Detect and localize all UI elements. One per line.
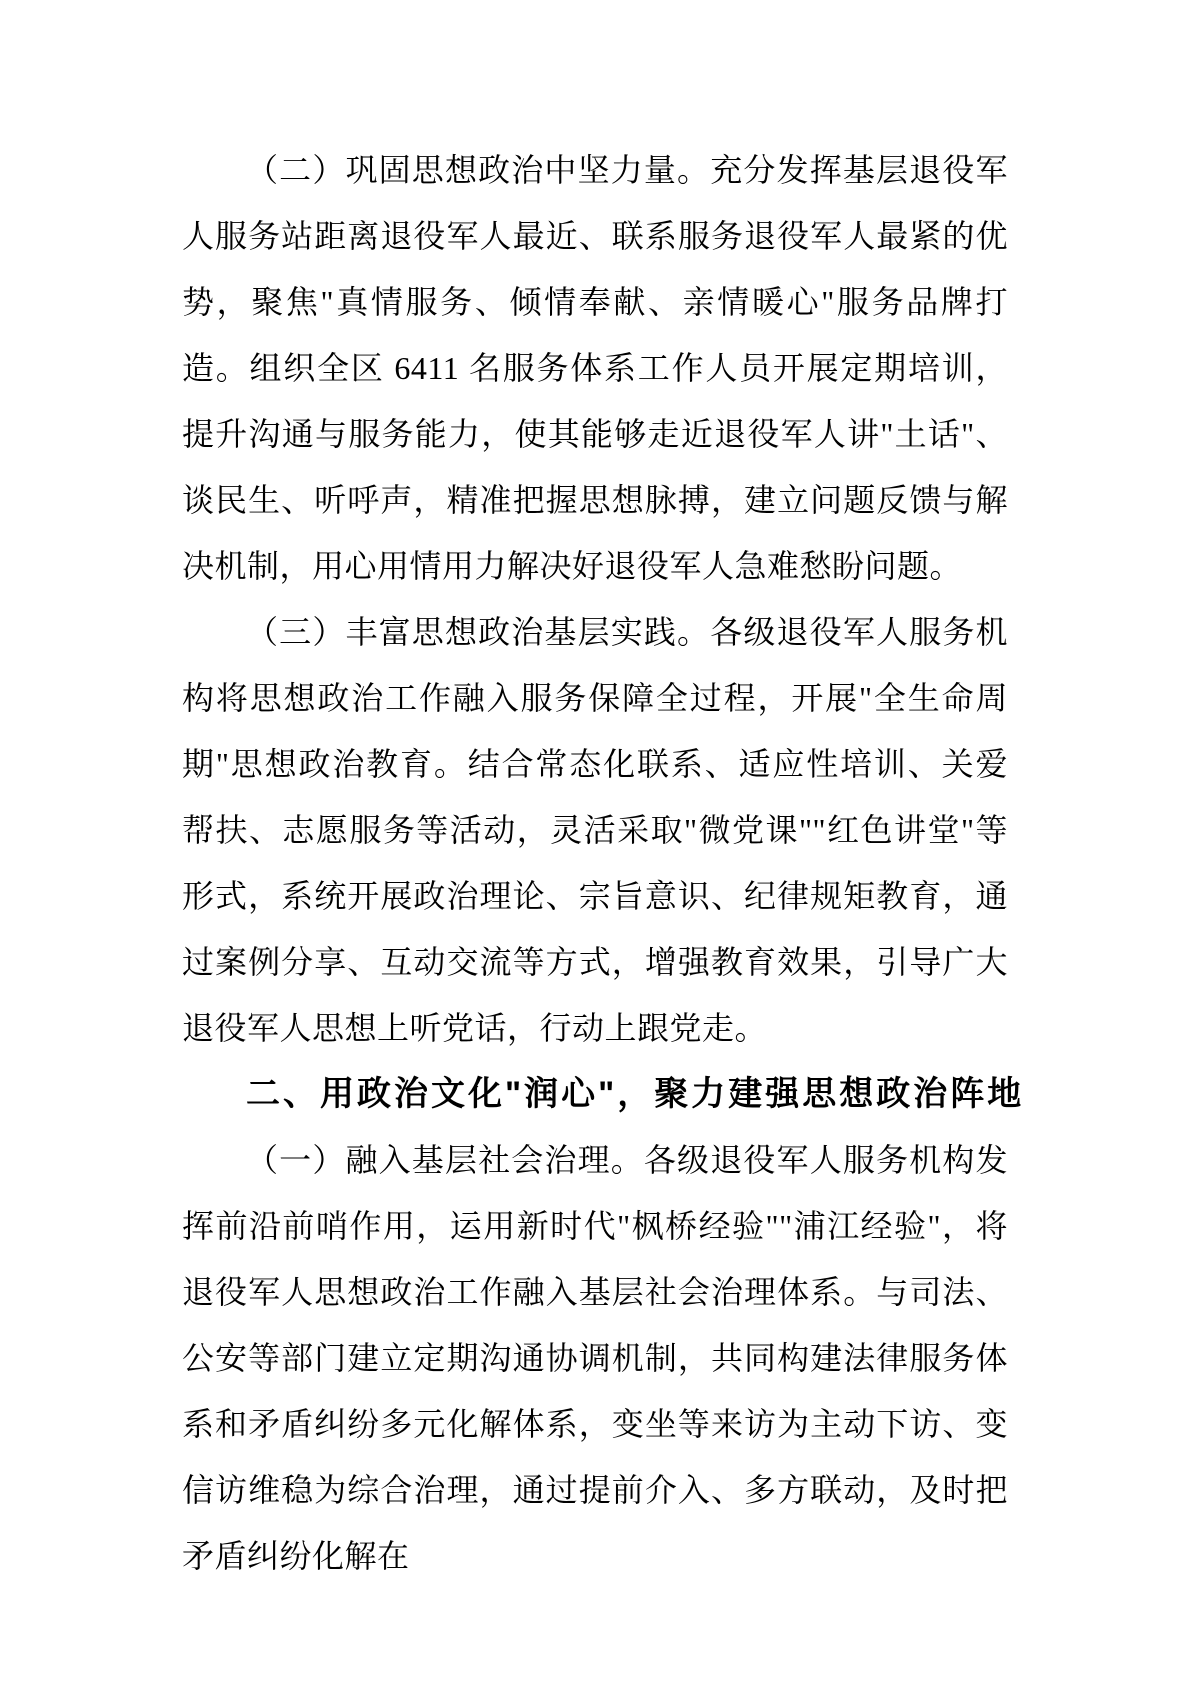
paragraph-section2-item1: （一）融入基层社会治理。各级退役军人服务机构发挥前沿前哨作用，运用新时代"枫桥经… xyxy=(182,1127,1008,1589)
paragraph-section1-item3: （三）丰富思想政治基层实践。各级退役军人服务机构将思想政治工作融入服务保障全过程… xyxy=(182,599,1008,1061)
paragraph-section1-item2: （二）巩固思想政治中坚力量。充分发挥基层退役军人服务站距离退役军人最近、联系服务… xyxy=(182,137,1008,599)
document-page: （二）巩固思想政治中坚力量。充分发挥基层退役军人服务站距离退役军人最近、联系服务… xyxy=(0,0,1190,1683)
section-heading-2: 二、用政治文化"润心"，聚力建强思想政治阵地 xyxy=(182,1061,1008,1127)
